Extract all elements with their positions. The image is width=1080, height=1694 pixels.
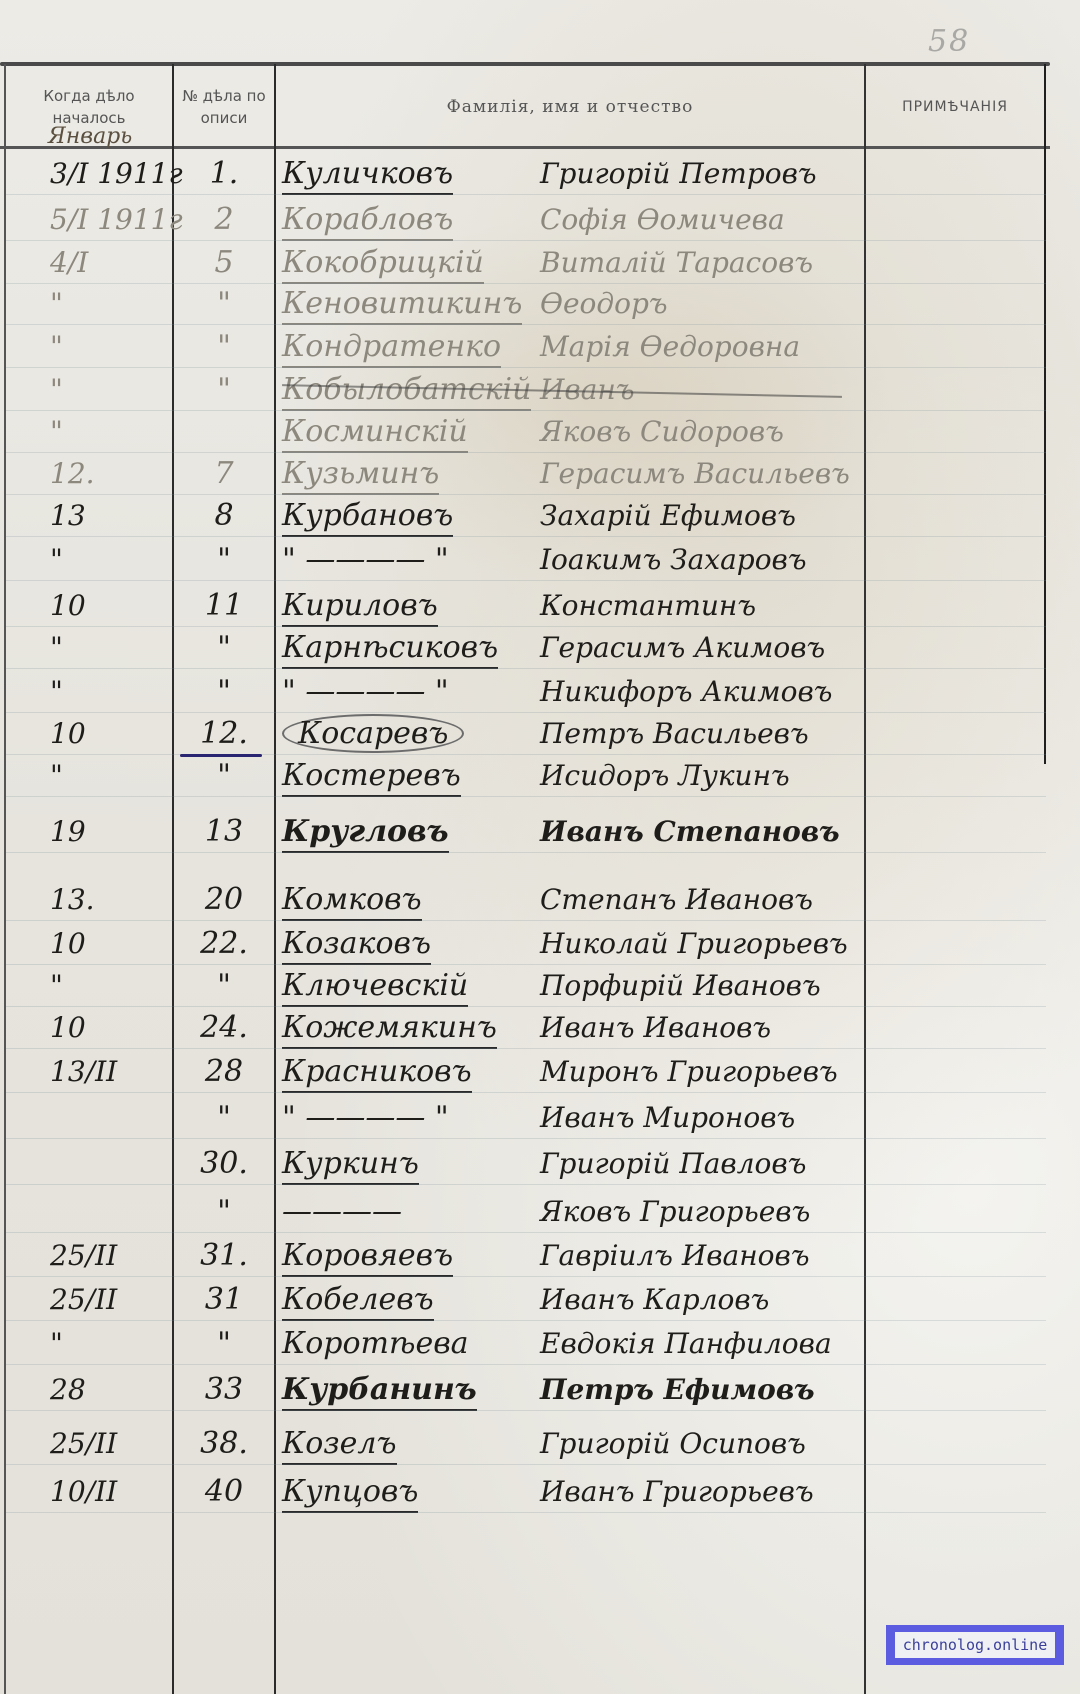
date-cell: 12. (20, 454, 170, 494)
date-cell: 5/I 1911г (20, 200, 170, 240)
surname-text: Косаревъ (282, 714, 464, 753)
table-row: ""КостеревъИсидоръ Лукинъ (0, 756, 1050, 796)
given-name-cell: Гавріилъ Ивановъ (540, 1236, 810, 1276)
surname-cell: Кузьминъ (282, 454, 439, 494)
date-cell: 28 (20, 1370, 170, 1410)
surname-text: Карнѣсиковъ (282, 630, 498, 669)
surname-text: Корабловъ (282, 202, 453, 241)
case-number-cell: 20 (176, 880, 272, 920)
table-row: 12.7КузьминъГерасимъ Васильевъ (0, 454, 1050, 494)
ruled-line (6, 410, 1046, 411)
surname-cell: Костеревъ (282, 756, 461, 796)
surname-cell: Коровяевъ (282, 1236, 453, 1276)
given-name-cell: Миронъ Григорьевъ (540, 1052, 838, 1092)
given-name-cell: Марія Ѳедоровна (540, 327, 800, 367)
surname-cell: Красниковъ (282, 1052, 472, 1092)
table-row: 138КурбановъЗахарій Ефимовъ (0, 496, 1050, 536)
ruled-line (6, 1138, 1046, 1139)
date-cell: " (20, 1324, 170, 1364)
date-cell (20, 1144, 170, 1184)
surname-cell: Кондратенко (282, 327, 501, 367)
case-number-cell: 22. (176, 924, 272, 964)
date-cell: " (20, 966, 170, 1006)
page-number: 58 (928, 24, 970, 59)
surname-cell: Кириловъ (282, 586, 438, 626)
surname-cell: Комковъ (282, 880, 422, 920)
table-row: 30.Кур­кинъГригорій Павловъ (0, 1144, 1050, 1184)
surname-text: " ———— " (282, 542, 449, 577)
ledger-page: 58 Когда дѣло началось № дѣла по описи Ф… (0, 0, 1080, 1694)
surname-cell: Козелъ (282, 1424, 397, 1464)
surname-text: ———— (282, 1194, 402, 1229)
table-row: 25/II31.КоровяевъГавріилъ Ивановъ (0, 1236, 1050, 1276)
surname-cell: " ———— " (282, 1098, 449, 1138)
surname-cell: Купцовъ (282, 1472, 418, 1512)
surname-text: Коротѣева (282, 1326, 469, 1361)
surname-cell: Куличковъ (282, 154, 453, 194)
given-name-cell: Яковъ Григорьевъ (540, 1192, 810, 1232)
given-name-cell: Иванъ Мироновъ (540, 1098, 795, 1138)
ruled-line (6, 1276, 1046, 1277)
table-row: 25/II38.КозелъГригорій Осиповъ (0, 1424, 1050, 1464)
table-row: 5/I 1911г2КорабловъСофія Ѳомичева (0, 200, 1050, 240)
surname-text: Курбановъ (282, 498, 453, 537)
given-name-cell: Софія Ѳомичева (540, 200, 785, 240)
case-number-cell: 24. (176, 1008, 272, 1048)
table-row: ""КарнѣсиковъГерасимъ Акимовъ (0, 628, 1050, 668)
header-rule (0, 146, 1050, 149)
surname-text: Ключевскій (282, 968, 468, 1007)
case-number-cell: " (176, 370, 272, 410)
ruled-line (6, 1092, 1046, 1093)
given-name-cell: Захарій Ефимовъ (540, 496, 796, 536)
table-row: 1913КругловъИванъ Степановъ (0, 812, 1050, 852)
header-notes: ПРИМѢЧАНІЯ (866, 70, 1044, 144)
ruled-line (6, 1232, 1046, 1233)
case-number-cell: " (176, 628, 272, 668)
case-number-cell: 31. (176, 1236, 272, 1276)
date-cell: 10 (20, 924, 170, 964)
given-name-cell: Виталій Тарасовъ (540, 243, 813, 283)
date-cell (20, 1192, 170, 1232)
date-cell: 13/II (20, 1052, 170, 1092)
table-row: ""КобылобатскійИванъ (0, 370, 1050, 410)
case-number-cell: " (176, 540, 272, 580)
date-cell: " (20, 412, 170, 452)
ruled-line (6, 1410, 1046, 1411)
date-cell: 25/II (20, 1236, 170, 1276)
table-row: "КосминскійЯковъ Сидоровъ (0, 412, 1050, 452)
surname-text: Козаковъ (282, 926, 431, 965)
table-row: 25/II31КобелевъИванъ Карловъ (0, 1280, 1050, 1320)
given-name-cell: Иванъ Григорьевъ (540, 1472, 814, 1512)
surname-text: Кузьминъ (282, 456, 439, 495)
case-number-cell: " (176, 327, 272, 367)
ruled-line (6, 536, 1046, 537)
surname-text: " ———— " (282, 1100, 449, 1135)
given-name-cell: Константинъ (540, 586, 756, 626)
blue-pencil-mark (180, 754, 262, 757)
ruled-line (6, 240, 1046, 241)
ruled-line (6, 1006, 1046, 1007)
ruled-line (6, 754, 1046, 755)
date-cell: " (20, 327, 170, 367)
case-number-cell: 13 (176, 812, 272, 852)
surname-text: Купцовъ (282, 1474, 418, 1513)
ruled-line (6, 1048, 1046, 1049)
table-row: """ ———— "Никифоръ Акимовъ (0, 672, 1050, 712)
table-row: 1011КириловъКонстантинъ (0, 586, 1050, 626)
case-number-cell (176, 412, 272, 452)
date-cell: 10 (20, 1008, 170, 1048)
surname-text: Кобылобатскій (282, 372, 531, 411)
case-number-cell: 31 (176, 1280, 272, 1320)
surname-cell: Косминскій (282, 412, 468, 452)
given-name-cell: Ѳеодоръ (540, 284, 668, 324)
ruled-line (6, 796, 1046, 797)
date-cell: 13 (20, 496, 170, 536)
surname-text: " ———— " (282, 674, 449, 709)
case-number-cell: 2 (176, 200, 272, 240)
table-row: 1022.КозаковъНиколай Григорьевъ (0, 924, 1050, 964)
table-row: 13.20КомковъСтепанъ Ивановъ (0, 880, 1050, 920)
table-row: 2833КурбанинъПетръ Ефимовъ (0, 1370, 1050, 1410)
ruled-line (6, 964, 1046, 965)
case-number-cell: 8 (176, 496, 272, 536)
ruled-line (6, 1184, 1046, 1185)
ruled-line (6, 1364, 1046, 1365)
date-cell: " (20, 628, 170, 668)
case-number-cell: 30. (176, 1144, 272, 1184)
table-row: "" ———— "Иванъ Мироновъ (0, 1098, 1050, 1138)
surname-text: Кеновитикинъ (282, 286, 522, 325)
surname-cell: Кокобрицкій (282, 243, 484, 283)
ruled-line (6, 852, 1046, 853)
surname-text: Кириловъ (282, 588, 438, 627)
given-name-cell: Евдокія Панфилова (540, 1324, 832, 1364)
date-cell: " (20, 540, 170, 580)
surname-text: Красниковъ (282, 1054, 472, 1093)
date-cell: " (20, 756, 170, 796)
table-row: 3/I 1911г1.КуличковъГригорій Петровъ (0, 154, 1050, 194)
date-cell: 10 (20, 714, 170, 754)
surname-cell: Карнѣсиковъ (282, 628, 498, 668)
ruled-line (6, 194, 1046, 195)
ruled-line (6, 367, 1046, 368)
date-cell: 10 (20, 586, 170, 626)
surname-cell: " ———— " (282, 540, 449, 580)
table-row: ""КондратенкоМарія Ѳедоровна (0, 327, 1050, 367)
surname-text: Костеревъ (282, 758, 461, 797)
case-number-cell: 40 (176, 1472, 272, 1512)
surname-text: Кондратенко (282, 329, 501, 368)
surname-text: Кокобрицкій (282, 245, 484, 284)
case-number-cell: 5 (176, 243, 272, 283)
given-name-cell: Иванъ Карловъ (540, 1280, 769, 1320)
header-full-name: Фамилія, имя и отчество (276, 70, 864, 144)
surname-cell: Коротѣева (282, 1324, 469, 1364)
given-name-cell: Петръ Ефимовъ (540, 1370, 815, 1410)
date-cell (20, 1098, 170, 1138)
given-name-cell: Никифоръ Акимовъ (540, 672, 832, 712)
date-cell: " (20, 672, 170, 712)
surname-cell: Корабловъ (282, 200, 453, 240)
register-table: Когда дѣло началось № дѣла по описи Фами… (0, 62, 1050, 1694)
given-name-cell: Петръ Васильевъ (540, 714, 809, 754)
top-rule (0, 62, 1050, 66)
ruled-line (6, 324, 1046, 325)
surname-text: Кругловъ (282, 814, 449, 853)
case-number-cell: 7 (176, 454, 272, 494)
given-name-cell: Яковъ Сидоровъ (540, 412, 784, 452)
table-row: 4/I5КокобрицкійВиталій Тарасовъ (0, 243, 1050, 283)
table-row: 10/II40КупцовъИванъ Григорьевъ (0, 1472, 1050, 1512)
case-number-cell: " (176, 756, 272, 796)
ruled-line (6, 1512, 1046, 1513)
case-number-cell: " (176, 1098, 272, 1138)
case-number-cell: " (176, 966, 272, 1006)
surname-cell: Курбановъ (282, 496, 453, 536)
ruled-line (6, 494, 1046, 495)
date-cell: 4/I (20, 243, 170, 283)
surname-cell: Ключевскій (282, 966, 468, 1006)
surname-cell: Кобелевъ (282, 1280, 434, 1320)
surname-cell: Козаковъ (282, 924, 431, 964)
case-number-cell: 11 (176, 586, 272, 626)
surname-cell: Курбанинъ (282, 1370, 477, 1410)
given-name-cell: Исидоръ Лукинъ (540, 756, 790, 796)
given-name-cell: Григорій Осиповъ (540, 1424, 806, 1464)
surname-text: Косминскій (282, 414, 468, 453)
surname-text: Кожемякинъ (282, 1010, 497, 1049)
table-row: 13/II28КрасниковъМиронъ Григорьевъ (0, 1052, 1050, 1092)
watermark-badge: chronolog.online (886, 1625, 1064, 1665)
table-row: ""КоротѣеваЕвдокія Панфилова (0, 1324, 1050, 1364)
watermark-text: chronolog.online (895, 1632, 1056, 1658)
surname-text: Курбанинъ (282, 1372, 477, 1411)
date-cell: 13. (20, 880, 170, 920)
case-number-cell: 33 (176, 1370, 272, 1410)
table-row: """ ———— "Іоакимъ Захаровъ (0, 540, 1050, 580)
date-cell: 25/II (20, 1424, 170, 1464)
case-number-cell: " (176, 1324, 272, 1364)
surname-text: Комковъ (282, 882, 422, 921)
given-name-cell: Іоакимъ Захаровъ (540, 540, 807, 580)
surname-cell: Кеновитикинъ (282, 284, 522, 324)
surname-cell: Кожемякинъ (282, 1008, 497, 1048)
surname-text: Кобелевъ (282, 1282, 434, 1321)
given-name-cell: Иванъ Ивановъ (540, 1008, 771, 1048)
date-cell: 10/II (20, 1472, 170, 1512)
ruled-line (6, 1464, 1046, 1465)
surname-cell: " ———— " (282, 672, 449, 712)
table-row: "———— Яковъ Григорьевъ (0, 1192, 1050, 1232)
given-name-cell: Иванъ Степановъ (540, 812, 840, 852)
ruled-line (6, 712, 1046, 713)
table-row: 1024.КожемякинъИванъ Ивановъ (0, 1008, 1050, 1048)
given-name-cell: Порфирій Ивановъ (540, 966, 821, 1006)
given-name-cell: Герасимъ Васильевъ (540, 454, 850, 494)
case-number-cell: 1. (176, 154, 272, 194)
case-number-cell: 38. (176, 1424, 272, 1464)
given-name-cell: Иванъ (540, 370, 635, 410)
given-name-cell: Степанъ Ивановъ (540, 880, 813, 920)
case-number-cell: " (176, 672, 272, 712)
surname-cell: Косаревъ (282, 714, 464, 754)
date-cell: 3/I 1911г (20, 154, 170, 194)
month-note: Январь (48, 124, 132, 149)
case-number-cell: " (176, 284, 272, 324)
surname-text: Коровяевъ (282, 1238, 453, 1277)
surname-text: Козелъ (282, 1426, 397, 1465)
table-row: ""КеновитикинъѲеодоръ (0, 284, 1050, 324)
surname-cell: Кобылобатскій (282, 370, 531, 410)
ruled-line (6, 452, 1046, 453)
given-name-cell: Григорій Павловъ (540, 1144, 806, 1184)
given-name-cell: Григорій Петровъ (540, 154, 817, 194)
surname-cell: Кругловъ (282, 812, 449, 852)
ruled-line (6, 668, 1046, 669)
ruled-line (6, 920, 1046, 921)
case-number-cell: " (176, 1192, 272, 1232)
ruled-line (6, 626, 1046, 627)
date-cell: " (20, 284, 170, 324)
ruled-line (6, 1320, 1046, 1321)
date-cell: " (20, 370, 170, 410)
case-number-cell: 28 (176, 1052, 272, 1092)
ruled-line (6, 580, 1046, 581)
table-row: 1012.КосаревъПетръ Васильевъ (0, 714, 1050, 754)
surname-text: Кур­кинъ (282, 1146, 419, 1185)
surname-cell: Кур­кинъ (282, 1144, 419, 1184)
header-case-number: № дѣла по описи (174, 70, 274, 144)
given-name-cell: Николай Григорьевъ (540, 924, 848, 964)
table-row: ""КлючевскійПорфирій Ивановъ (0, 966, 1050, 1006)
date-cell: 25/II (20, 1280, 170, 1320)
case-number-cell: 12. (176, 714, 272, 754)
surname-cell: ———— (282, 1192, 402, 1232)
given-name-cell: Герасимъ Акимовъ (540, 628, 825, 668)
date-cell: 19 (20, 812, 170, 852)
surname-text: Куличковъ (282, 156, 453, 195)
